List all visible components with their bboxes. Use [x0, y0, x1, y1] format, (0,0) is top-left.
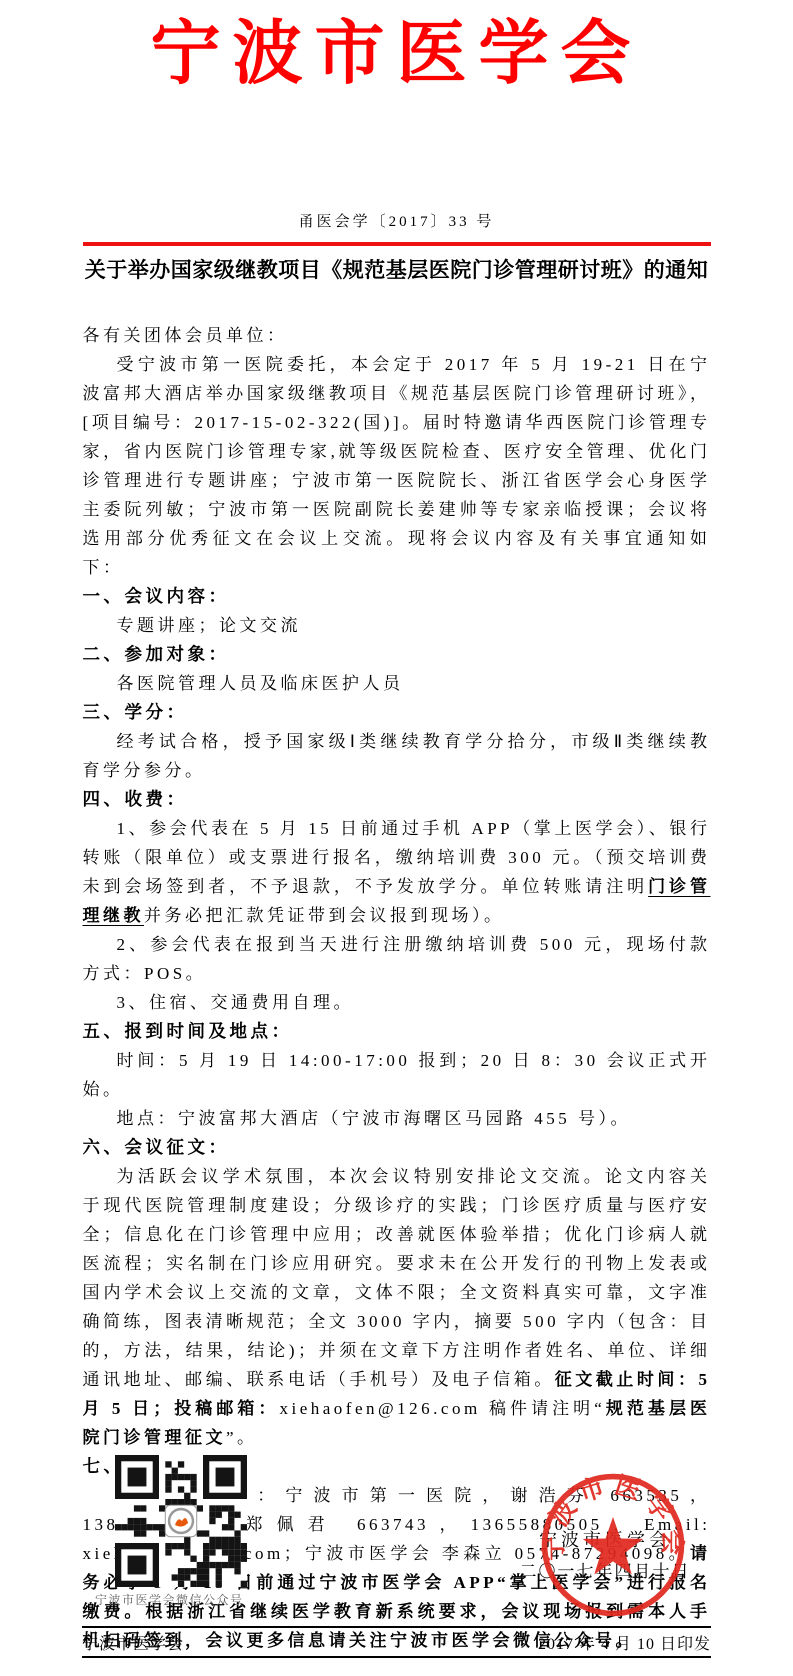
section-5-time: 时间：5 月 19 日 14:00-17:00 报到；20 日 8：30 会议正… [83, 1046, 711, 1104]
footer-org: 宁波市医学会 [82, 1631, 184, 1654]
section-5-heading: 五、报到时间及地点： [83, 1017, 711, 1046]
section-5-place: 地点：宁波富邦大酒店（宁波市海曙区马园路 455 号）。 [83, 1104, 711, 1133]
footer-print-date: 2017 年 4 月 10 日印发 [538, 1631, 711, 1654]
red-divider-rule [83, 242, 711, 246]
section-2-content: 各医院管理人员及临床医护人员 [83, 669, 711, 698]
section-1-heading: 一、会议内容： [83, 582, 711, 611]
section-6-paragraph: 为活跃会议学术氛围，本次会议特别安排论文交流。论文内容关于现代医院管理制度建设；… [83, 1162, 711, 1452]
section-6-heading: 六、会议征文： [83, 1133, 711, 1162]
essay-call-text: 为活跃会议学术氛围，本次会议特别安排论文交流。论文内容关于现代医院管理制度建设；… [83, 1167, 711, 1389]
section-3-content: 经考试合格，授予国家级Ⅰ类继续教育学分拾分，市级Ⅱ类继续教育学分参分。 [83, 727, 711, 785]
salutation: 各有关团体会员单位： [83, 321, 711, 350]
qr-code [115, 1455, 247, 1587]
notice-title: 关于举办国家级继教项目《规范基层医院门诊管理研讨班》的通知 [83, 256, 711, 285]
signature-org: 宁波市医学会 [465, 1528, 745, 1552]
section-4-item-3: 3、住宿、交通费用自理。 [83, 988, 711, 1017]
fee-item-1-text: 1、参会代表在 5 月 15 日前通过手机 APP（掌上医学会）、银行转账（限单… [83, 819, 711, 896]
intro-paragraph: 受宁波市第一医院委托，本会定于 2017 年 5 月 19-21 日在宁波富邦大… [83, 350, 711, 582]
org-letterhead-title: 宁波市医学会 [83, 0, 711, 100]
wechat-qr-block: 宁波市医学会微信公众号 [115, 1455, 265, 1608]
document-number: 甬医会学〔2017〕33 号 [83, 212, 711, 232]
signature-date: 二〇一七年四月十日 [465, 1560, 745, 1584]
document-page: 宁波市医学会 甬医会学〔2017〕33 号 关于举办国家级继教项目《规范基层医院… [0, 0, 793, 1676]
essay-email-text: xiehaofen@126.com 稿件请注明“ [279, 1399, 605, 1418]
footer-bar: 宁波市医学会 2017 年 4 月 10 日印发 [82, 1626, 711, 1658]
qr-caption: 宁波市医学会微信公众号 [95, 1591, 265, 1608]
section-1-content: 专题讲座；论文交流 [83, 611, 711, 640]
section-3-heading: 三、学分： [83, 698, 711, 727]
section-4-heading: 四、收费： [83, 785, 711, 814]
section-4-item-2: 2、参会代表在报到当天进行注册缴纳培训费 500 元，现场付款方式：POS。 [83, 930, 711, 988]
section-2-heading: 二、参加对象： [83, 640, 711, 669]
signature-block: 宁波市医学会 二〇一七年四月十日 [465, 1528, 745, 1584]
fee-item-1-tail: 并务必把汇款凭证带到会议报到现场）。 [144, 906, 505, 925]
essay-tail: ”。 [226, 1428, 258, 1447]
section-4-item-1: 1、参会代表在 5 月 15 日前通过手机 APP（掌上医学会）、银行转账（限单… [83, 814, 711, 930]
